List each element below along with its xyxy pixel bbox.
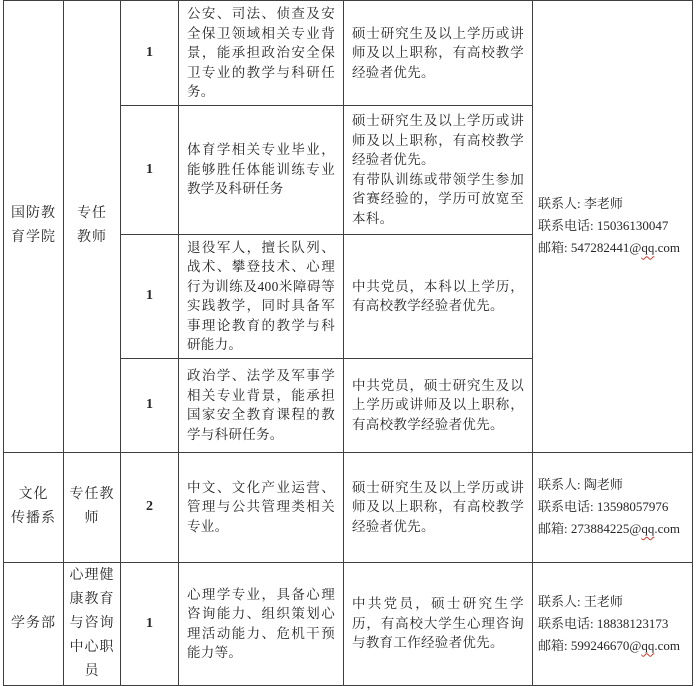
email-spellcheck-squiggle: qq xyxy=(641,240,654,255)
contact-email-line: 邮箱: 547282441@qq.com xyxy=(538,237,687,259)
table-row: 国防教 育学院 专任 教师 1 公安、司法、侦查及安全保卫领域相关专业背景，能承… xyxy=(4,1,693,106)
qualification-cell: 中共党员，硕士研究生学历，有高校大学生心理咨询与教育工作经验者优先。 xyxy=(344,562,533,669)
email-spellcheck-squiggle: qq xyxy=(641,638,654,653)
count-cell: 2 xyxy=(121,452,179,562)
count-cell: 1 xyxy=(121,105,179,234)
count-cell: 1 xyxy=(121,234,179,358)
requirement-cell: 中文、文化产业运营、管理与公共管理类相关专业。 xyxy=(179,452,344,562)
department-cell: 学务部 xyxy=(4,562,64,669)
count-cell: 1 xyxy=(121,358,179,452)
requirement-cell: 体育学相关专业毕业，能够胜任体能训练专业教学及科研任务 xyxy=(179,105,344,234)
qualification-cell: 硕士研究生及以上学历或讲师及以上职称，有高校教学经验者优先。 xyxy=(344,1,533,106)
count-cell: 1 xyxy=(121,1,179,106)
department-cell: 文化 传播系 xyxy=(4,452,64,562)
position-cell: 专任教 师 xyxy=(64,452,121,562)
email-spellcheck-squiggle: qq xyxy=(641,521,654,536)
recruitment-table: 国防教 育学院 专任 教师 1 公安、司法、侦查及安全保卫领域相关专业背景，能承… xyxy=(3,0,693,669)
position-cell: 心理健 康教育 与咨询 中心职 员 xyxy=(64,562,121,669)
recruitment-table-container: 国防教 育学院 专任 教师 1 公安、司法、侦查及安全保卫领域相关专业背景，能承… xyxy=(3,0,693,669)
count-cell: 1 xyxy=(121,562,179,669)
qualification-cell: 硕士研究生及以上学历或讲师及以上职称，有高校教学经验者优先。 xyxy=(344,452,533,562)
requirement-cell: 公安、司法、侦查及安全保卫领域相关专业背景，能承担政治安全保卫专业的教学与科研任… xyxy=(179,1,344,106)
contact-email-line: 邮箱: 273884225@qq.com xyxy=(538,518,687,540)
table-row: 学务部 心理健 康教育 与咨询 中心职 员 1 心理学专业，具备心理咨询能力、组… xyxy=(4,562,693,669)
position-cell: 专任 教师 xyxy=(64,1,121,453)
qualification-cell: 中共党员，本科以上学历，有高校教学经验者优先。 xyxy=(344,234,533,358)
contact-person-line: 联系人: 陶老师 xyxy=(538,474,687,496)
contact-cell: 联系人: 陶老师 联系电话: 13598057976 邮箱: 273884225… xyxy=(533,452,693,562)
table-row: 文化 传播系 专任教 师 2 中文、文化产业运营、管理与公共管理类相关专业。 硕… xyxy=(4,452,693,562)
requirement-cell: 政治学、法学及军事学相关专业背景，能承担国家安全教育课程的教学与科研任务。 xyxy=(179,358,344,452)
requirement-cell: 退役军人，擅长队列、战术、攀登技术、心理行为训练及400米障碍等实践教学，同时具… xyxy=(179,234,344,358)
contact-phone-line: 联系电话: 15036130047 xyxy=(538,215,687,237)
requirement-cell: 心理学专业，具备心理咨询能力、组织策划心理活动能力、危机干预能力等。 xyxy=(179,562,344,669)
contact-phone-line: 联系电话: 13598057976 xyxy=(538,496,687,518)
department-cell: 国防教 育学院 xyxy=(4,1,64,453)
qualification-cell: 中共党员，硕士研究生及以上学历或讲师及以上职称，有高校教学经验者优先。 xyxy=(344,358,533,452)
contact-cell: 联系人: 王老师 联系电话: 18838123173 邮箱: 599246670… xyxy=(533,562,693,669)
contact-person-line: 联系人: 李老师 xyxy=(538,193,687,215)
contact-email-line: 邮箱: 599246670@qq.com xyxy=(538,635,687,657)
qualification-cell: 硕士研究生及以上学历或讲师及以上职称，有高校教学经验者优先。 有带队训练或带领学… xyxy=(344,105,533,234)
contact-cell: 联系人: 李老师 联系电话: 15036130047 邮箱: 547282441… xyxy=(533,1,693,453)
contact-phone-line: 联系电话: 18838123173 xyxy=(538,613,687,635)
contact-person-line: 联系人: 王老师 xyxy=(538,591,687,613)
